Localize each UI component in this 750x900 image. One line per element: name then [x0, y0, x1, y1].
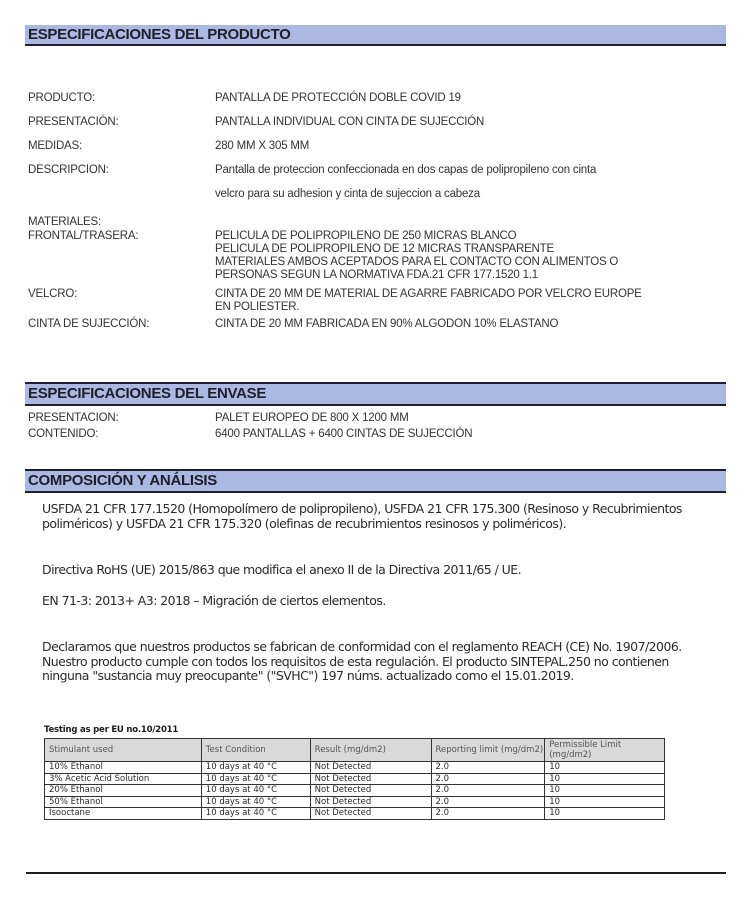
- spec-value: PALET EUROPEO DE 800 X 1200 MM: [215, 412, 745, 425]
- table-row: 10% Ethanol10 days at 40 °CNot Detected2…: [45, 762, 665, 774]
- table-cell: 10% Ethanol: [45, 762, 202, 774]
- table-cell: 2.0: [431, 785, 545, 797]
- footer-divider: [26, 872, 726, 874]
- spec-value-line: 280 MM X 305 MM: [215, 140, 745, 153]
- spec-label: PRODUCTO:: [28, 92, 203, 105]
- spec-value-line: Pantalla de proteccion confeccionada en …: [215, 158, 745, 182]
- table-cell: 20% Ethanol: [45, 785, 202, 797]
- spec-value-line: PELICULA DE POLIPROPILENO DE 250 MICRAS …: [215, 230, 745, 243]
- column-header-stimulant: Stimulant used: [45, 739, 202, 762]
- table-cell: Not Detected: [310, 762, 431, 774]
- spec-value: 280 MM X 305 MM: [215, 140, 745, 153]
- section-header-packaging: ESPECIFICACIONES DEL ENVASE: [25, 382, 726, 406]
- paragraph-usfda: USFDA 21 CFR 177.1520 (Homopolímero de p…: [42, 502, 712, 531]
- table-row: 50% Ethanol10 days at 40 °CNot Detected2…: [45, 796, 665, 808]
- spec-value-line: EN POLIESTER.: [215, 301, 745, 314]
- spec-value-line: CINTA DE 20 MM FABRICADA EN 90% ALGODON …: [215, 318, 745, 331]
- spec-value-line: PANTALLA DE PROTECCIÓN DOBLE COVID 19: [215, 92, 745, 105]
- table-cell: 3% Acetic Acid Solution: [45, 773, 202, 785]
- table-cell: 10 days at 40 °C: [201, 796, 310, 808]
- spec-label: MATERIALES:: [28, 216, 203, 229]
- table-cell: 2.0: [431, 773, 545, 785]
- table-cell: Not Detected: [310, 773, 431, 785]
- table-cell: 2.0: [431, 808, 545, 820]
- table-cell: 10 days at 40 °C: [201, 785, 310, 797]
- table-cell: 10: [545, 773, 665, 785]
- spec-value: CINTA DE 20 MM FABRICADA EN 90% ALGODON …: [215, 318, 745, 331]
- spec-value-line: velcro para su adhesion y cinta de sujec…: [215, 182, 745, 206]
- table-cell: Not Detected: [310, 796, 431, 808]
- spec-value-line: PALET EUROPEO DE 800 X 1200 MM: [215, 412, 745, 425]
- migration-test-table: Stimulant used Test Condition Result (mg…: [44, 738, 665, 820]
- spec-value-line: 6400 PANTALLAS + 6400 CINTAS DE SUJECCIÓ…: [215, 428, 745, 441]
- column-header-test-condition: Test Condition: [201, 739, 310, 762]
- table-caption: Testing as per EU no.10/2011: [44, 725, 178, 735]
- table-cell: Not Detected: [310, 808, 431, 820]
- spec-label: CINTA DE SUJECCIÓN:: [28, 318, 203, 331]
- table-cell: 50% Ethanol: [45, 796, 202, 808]
- spec-value: PANTALLA DE PROTECCIÓN DOBLE COVID 19: [215, 92, 745, 105]
- table-row: 3% Acetic Acid Solution10 days at 40 °CN…: [45, 773, 665, 785]
- column-header-result: Result (mg/dm2): [310, 739, 431, 762]
- spec-value: Pantalla de proteccion confeccionada en …: [215, 158, 745, 206]
- table-cell: Not Detected: [310, 785, 431, 797]
- paragraph-en71: EN 71-3: 2013+ A3: 2018 – Migración de c…: [42, 594, 712, 609]
- spec-label: VELCRO:: [28, 288, 203, 301]
- table-cell: 10: [545, 808, 665, 820]
- spec-value-line: PERSONAS SEGUN LA NORMATIVA FDA.21 CFR 1…: [215, 269, 745, 282]
- table-cell: 2.0: [431, 796, 545, 808]
- spec-value-line: CINTA DE 20 MM DE MATERIAL DE AGARRE FAB…: [215, 288, 745, 301]
- spec-value-line: MATERIALES AMBOS ACEPTADOS PARA EL CONTA…: [215, 256, 745, 269]
- table-row: 20% Ethanol10 days at 40 °CNot Detected2…: [45, 785, 665, 797]
- spec-value: 6400 PANTALLAS + 6400 CINTAS DE SUJECCIÓ…: [215, 428, 745, 441]
- table-cell: 10 days at 40 °C: [201, 762, 310, 774]
- section-header-composition: COMPOSICIÓN Y ANÁLISIS: [25, 469, 726, 493]
- table-cell: Isooctane: [45, 808, 202, 820]
- spec-label: FRONTAL/TRASERA:: [28, 230, 203, 243]
- spec-label: PRESENTACIÓN:: [28, 116, 203, 129]
- spec-value: PELICULA DE POLIPROPILENO DE 250 MICRAS …: [215, 230, 745, 282]
- column-header-permissible-limit: Permissible Limit (mg/dm2): [545, 739, 665, 762]
- paragraph-rohs: Directiva RoHS (UE) 2015/863 que modific…: [42, 563, 712, 578]
- section-header-product: ESPECIFICACIONES DEL PRODUCTO: [25, 25, 726, 46]
- spec-value: CINTA DE 20 MM DE MATERIAL DE AGARRE FAB…: [215, 288, 745, 314]
- spec-label: MEDIDAS:: [28, 140, 203, 153]
- table-cell: 2.0: [431, 762, 545, 774]
- table-cell: 10 days at 40 °C: [201, 773, 310, 785]
- table-cell: 10: [545, 762, 665, 774]
- table-row: Isooctane10 days at 40 °CNot Detected2.0…: [45, 808, 665, 820]
- paragraph-reach: Declaramos que nuestros productos se fab…: [42, 640, 712, 684]
- table-cell: 10: [545, 785, 665, 797]
- spec-label: CONTENIDO:: [28, 428, 203, 441]
- table-header-row: Stimulant used Test Condition Result (mg…: [45, 739, 665, 762]
- table-cell: 10: [545, 796, 665, 808]
- column-header-reporting-limit: Reporting limit (mg/dm2): [431, 739, 545, 762]
- spec-value: PANTALLA INDIVIDUAL CON CINTA DE SUJECCI…: [215, 116, 745, 129]
- spec-value-line: PELICULA DE POLIPROPILENO DE 12 MICRAS T…: [215, 243, 745, 256]
- spec-value-line: PANTALLA INDIVIDUAL CON CINTA DE SUJECCI…: [215, 116, 745, 129]
- spec-label: DESCRIPCION:: [28, 164, 203, 177]
- spec-label: PRESENTACION:: [28, 412, 203, 425]
- table-cell: 10 days at 40 °C: [201, 808, 310, 820]
